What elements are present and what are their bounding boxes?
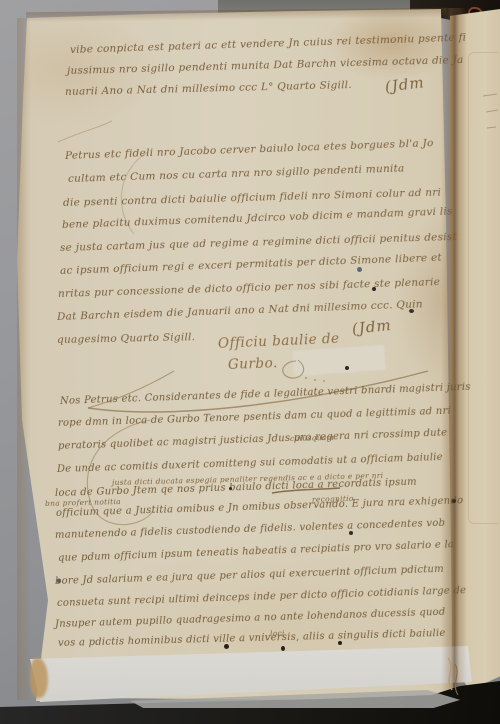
- speck: [372, 287, 376, 291]
- speck: [345, 366, 349, 370]
- page-left-edge: [17, 18, 31, 700]
- speck: [57, 579, 61, 583]
- speck: [281, 646, 285, 651]
- speck: [338, 641, 342, 645]
- speck: [452, 499, 456, 503]
- bottom-strip-tear: [30, 658, 48, 698]
- speck: [229, 487, 232, 490]
- section-heading-line2: Gurbo.: [228, 355, 278, 373]
- speck: [224, 644, 229, 649]
- photo-canvas: vibe conpicta est pateri ac ett vendere …: [0, 0, 500, 724]
- facing-page-ruled-frame: [468, 52, 499, 524]
- speck: [357, 267, 362, 272]
- speck: [349, 531, 353, 535]
- speck: [409, 309, 414, 313]
